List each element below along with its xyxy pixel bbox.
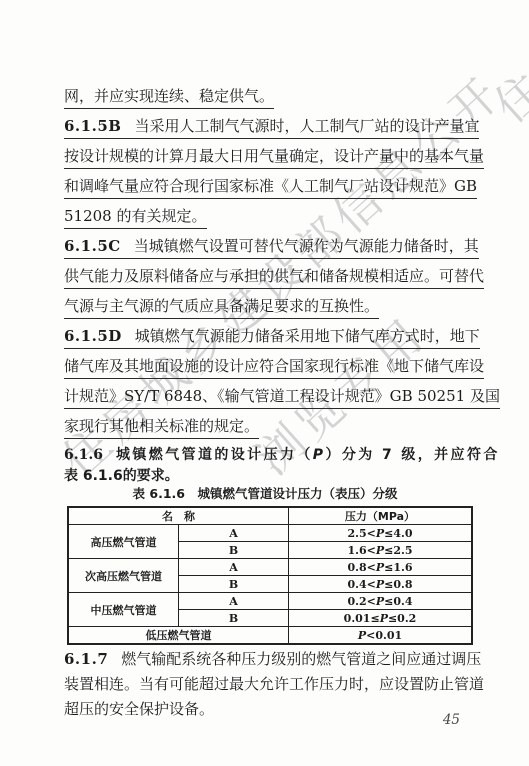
subclass-cell: A bbox=[179, 525, 289, 542]
clause-6-1-6-paragraph: 6.1.6城镇燃气管道的设计压力（P）分为 7 级，并应符合 表 6.1.6的要… bbox=[64, 444, 466, 486]
clause-6-1-5c-paragraph: 6.1.5C当城镇燃气设置可替代气源作为气源能力储备时，其 供气能力及原料储备应… bbox=[64, 234, 466, 324]
intro-paragraph: 网，并应实现连续、稳定供气。 bbox=[64, 84, 466, 114]
clause-number: 6.1.6 bbox=[64, 447, 103, 463]
pressure-classification-table: 名 称 压力（MPa） 高压燃气管道 A 2.5<P≤4.0 B 1.6<P≤2… bbox=[67, 506, 473, 645]
clause-number: 6.1.7 bbox=[64, 650, 108, 668]
document-page: 住房城乡建设部信息公开 浏览专用 住房城乡建设部信息公开 网，并应实现连续、稳定… bbox=[0, 0, 529, 766]
table-row: 次高压燃气管道 A 0.8<P≤1.6 bbox=[68, 559, 472, 576]
clause-6-1-5d-paragraph: 6.1.5D城镇燃气气源能力储备采用地下储气库方式时，地下 储气库及其地面设施的… bbox=[64, 324, 466, 444]
subclass-cell: A bbox=[179, 593, 289, 610]
table-row: 中压燃气管道 A 0.2<P≤0.4 bbox=[68, 593, 472, 610]
text-line: 6.1.7燃气输配系统各种压力级别的燃气管道之间应通过调压 bbox=[64, 648, 466, 673]
value-cell: 1.6<P≤2.5 bbox=[289, 542, 473, 559]
clause-number: 6.1.5C bbox=[64, 237, 121, 255]
clause-text: 当采用人工制气气源时，人工制气厂站的设计产量宜 bbox=[134, 117, 479, 135]
clause-6-1-5b-paragraph: 6.1.5B当采用人工制气气源时，人工制气厂站的设计产量宜 按设计规模的计算月最… bbox=[64, 114, 466, 234]
clause-text: 城镇燃气管道的设计压力（P）分为 7 级，并应符合 bbox=[116, 447, 500, 463]
watermark-text-fragment: 住房城乡建设部信息公开 bbox=[478, 0, 529, 136]
text-line: 6.1.5B当采用人工制气气源时，人工制气厂站的设计产量宜 bbox=[64, 114, 466, 144]
value-cell: 2.5<P≤4.0 bbox=[289, 525, 473, 542]
group-label-cell: 低压燃气管道 bbox=[68, 627, 289, 645]
text-line: 6.1.5D城镇燃气气源能力储备采用地下储气库方式时，地下 bbox=[64, 324, 466, 354]
group-label-cell: 次高压燃气管道 bbox=[68, 559, 179, 593]
value-cell: P<0.01 bbox=[289, 627, 473, 645]
clause-6-1-7-paragraph: 6.1.7燃气输配系统各种压力级别的燃气管道之间应通过调压 装置相连。当有可能超… bbox=[64, 648, 466, 723]
table-row: 低压燃气管道 P<0.01 bbox=[68, 627, 472, 645]
text-line: 按设计规模的计算月最大日用气量确定，设计产量中的基本气量 bbox=[64, 144, 466, 174]
text-line: 气源与主气源的气质应具备满足要求的互换性。 bbox=[64, 294, 466, 324]
header-cell-name: 名 称 bbox=[68, 507, 289, 525]
table-row: 高压燃气管道 A 2.5<P≤4.0 bbox=[68, 525, 472, 542]
value-cell: 0.2<P≤0.4 bbox=[289, 593, 473, 610]
subclass-cell: B bbox=[179, 576, 289, 593]
text-line: 和调峰气量应符合现行国家标准《人工制气厂站设计规范》GB bbox=[64, 174, 466, 204]
text-line: 装置相连。当有可能超过最大允许工作压力时，应设置防止管道 bbox=[64, 673, 466, 698]
subclass-cell: B bbox=[179, 610, 289, 627]
subclass-cell: A bbox=[179, 559, 289, 576]
value-cell: 0.8<P≤1.6 bbox=[289, 559, 473, 576]
clause-number: 6.1.5D bbox=[64, 327, 122, 345]
value-cell: 0.4<P≤0.8 bbox=[289, 576, 473, 593]
text-line: 网，并应实现连续、稳定供气。 bbox=[64, 84, 466, 114]
text-line: 6.1.6城镇燃气管道的设计压力（P）分为 7 级，并应符合 bbox=[64, 444, 466, 465]
header-cell-pressure: 压力（MPa） bbox=[289, 507, 473, 525]
subclass-cell: B bbox=[179, 542, 289, 559]
text-line: 家现行其他相关标准的规定。 bbox=[64, 414, 466, 444]
clause-text: 燃气输配系统各种压力级别的燃气管道之间应通过调压 bbox=[121, 650, 481, 668]
table-header-row: 名 称 压力（MPa） bbox=[68, 507, 472, 525]
value-cell: 0.01≤P≤0.2 bbox=[289, 610, 473, 627]
group-label-cell: 中压燃气管道 bbox=[68, 593, 179, 627]
table-caption: 表 6.1.6 城镇燃气管道设计压力（表压）分级 bbox=[64, 484, 466, 502]
page-number: 45 bbox=[443, 712, 460, 728]
group-label-cell: 高压燃气管道 bbox=[68, 525, 179, 559]
text-line: 表 6.1.6的要求。 bbox=[64, 465, 466, 486]
clause-text: 城镇燃气气源能力储备采用地下储气库方式时，地下 bbox=[135, 327, 480, 345]
text-line: 超压的安全保护设备。 bbox=[64, 698, 466, 723]
text-line: 储气库及其地面设施的设计应符合国家现行标准《地下储气库设 bbox=[64, 354, 466, 384]
clause-text: 当城镇燃气设置可替代气源作为气源能力储备时，其 bbox=[134, 237, 479, 255]
text-line: 供气能力及原料储备应与承担的供气和储备规模相适应。可替代 bbox=[64, 264, 466, 294]
text-line: 51208 的有关规定。 bbox=[64, 204, 466, 234]
text-line: 6.1.5C当城镇燃气设置可替代气源作为气源能力储备时，其 bbox=[64, 234, 466, 264]
clause-number: 6.1.5B bbox=[64, 117, 121, 135]
text-line: 计规范》SY/T 6848、《输气管道工程设计规范》GB 50251 及国 bbox=[64, 384, 466, 414]
